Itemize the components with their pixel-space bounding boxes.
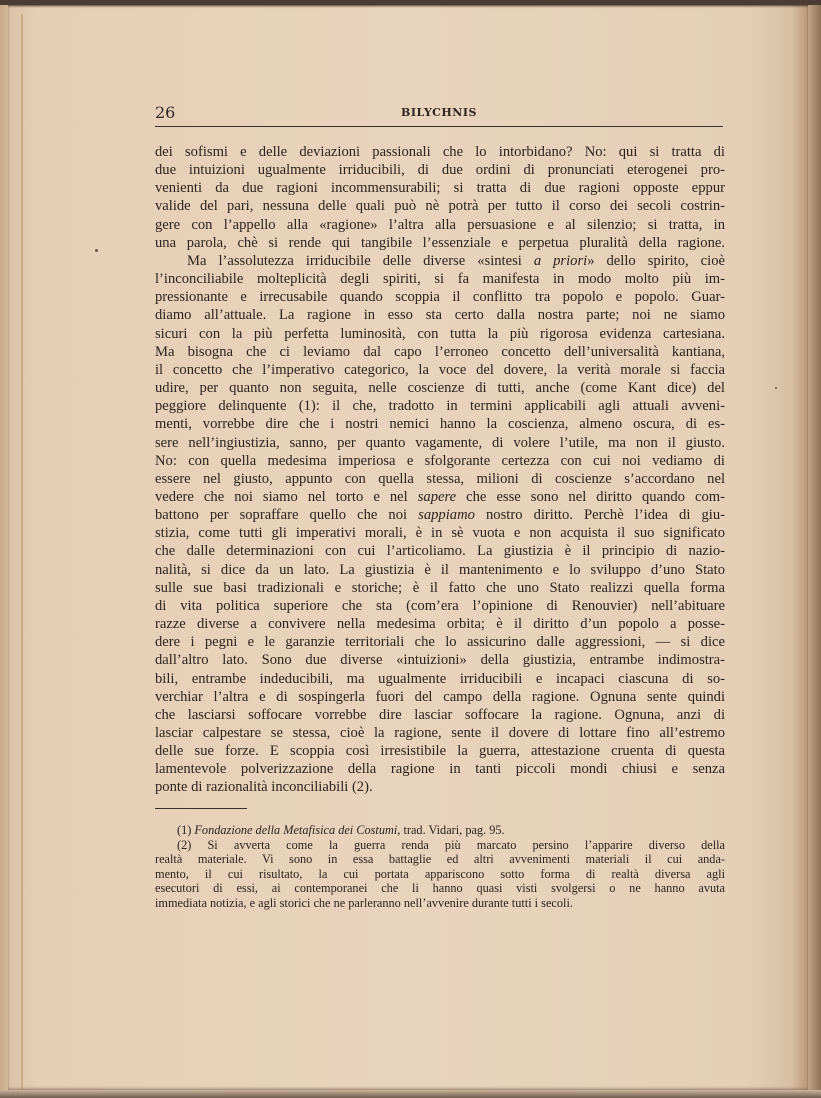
text-fragment: Ma l’assolutezza irriducibile delle dive… bbox=[187, 253, 725, 269]
text-line-with-italic: vedere che noi siamo nel torto e nel sap… bbox=[155, 488, 725, 506]
text-line: due intuizioni ugualmente irriducibili, … bbox=[155, 161, 725, 179]
footnote-2-line: esecutori di essi, ai contemporanei che … bbox=[155, 881, 725, 896]
text-line: dall’altro lato. Sono due diverse «intui… bbox=[155, 651, 725, 669]
footnote-1-title: Fondazione della Metafisica dei Costumi bbox=[194, 823, 397, 837]
text-line: pressionante e irrecusabile quando scopp… bbox=[155, 288, 725, 306]
text-line: essere nel giusto, appunto con quella st… bbox=[155, 470, 725, 488]
page-fold-crease bbox=[21, 14, 23, 1094]
footnote-2-line: mento, il cui risultato, la cui portata … bbox=[155, 867, 725, 882]
text-line: menti, vorrebbe dire che i nostri nemici… bbox=[155, 415, 725, 433]
bottom-page-edge bbox=[0, 1090, 821, 1098]
text-line: lasciar calpestare se stessa, cioè la ra… bbox=[155, 724, 725, 742]
text-line: diamo all’attuale. La ragione in esso st… bbox=[155, 306, 725, 324]
body-text: dei sofismi e delle deviazioni passional… bbox=[155, 143, 725, 797]
footnote-1: (1) Fondazione della Metafisica dei Cost… bbox=[155, 823, 725, 838]
footnote-2-line: realtà materiale. Vi sono in essa battag… bbox=[155, 852, 725, 867]
running-title: BILYCHNIS bbox=[155, 106, 723, 119]
text-line: nalità, si dice da un lato. La giustizia… bbox=[155, 561, 725, 579]
text-line: venienti da due ragioni incommensurabili… bbox=[155, 179, 725, 197]
header-rule bbox=[155, 126, 723, 127]
text-line-paragraph-start: Ma l’assolutezza irriducibile delle dive… bbox=[155, 252, 725, 270]
italic-sappiamo: sappiamo bbox=[418, 507, 475, 523]
text-line: che lasciarsi soffocare vorrebbe dire la… bbox=[155, 706, 725, 724]
right-page-edge bbox=[808, 0, 821, 1098]
text-line: che dalle determinazioni con cui l’artic… bbox=[155, 542, 725, 560]
text-line: dere i pegni e le garanzie territoriali … bbox=[155, 633, 725, 651]
text-line: peggiore delinquente (1): il che, tradot… bbox=[155, 397, 725, 415]
footnote-1-marker: (1) bbox=[177, 823, 191, 837]
running-header: 26 BILYCHNIS bbox=[155, 103, 723, 127]
text-line: sulle sue basi tradizionali e storiche; … bbox=[155, 579, 725, 597]
text-line: verchiar l’altra e di sospingerla fuori … bbox=[155, 688, 725, 706]
text-line: No: con quella medesima imperiosa e sfol… bbox=[155, 452, 725, 470]
text-line: bili, entrambe indeducibili, ma ugualmen… bbox=[155, 670, 725, 688]
text-line-with-italic: battono per sopraffare quello che noi sa… bbox=[155, 506, 725, 524]
text-line: una parola, chè si rende qui tangibile l… bbox=[155, 234, 725, 252]
text-line: sicuri con la più perfetta luminosità, c… bbox=[155, 325, 725, 343]
footnote-2-line: (2) Si avverta come la guerra renda più … bbox=[155, 838, 725, 853]
text-line: udire, per quanto non seguita, nelle cos… bbox=[155, 379, 725, 397]
text-line: gere con l’appello alla «ragione» l’altr… bbox=[155, 216, 725, 234]
text-line: valide del pari, nessuna delle quali può… bbox=[155, 197, 725, 215]
footnotes: (1) Fondazione della Metafisica dei Cost… bbox=[155, 823, 725, 911]
text-line: stizia, come tutti gli imperativi morali… bbox=[155, 524, 725, 542]
text-line: Ma bisogna che ci leviamo dal capo l’err… bbox=[155, 343, 725, 361]
top-page-edge bbox=[0, 0, 821, 5]
italic-a-priori: a priori bbox=[534, 253, 587, 269]
paper-speck bbox=[95, 249, 98, 252]
text-line: delle sue forze. E scoppia così irresist… bbox=[155, 742, 725, 760]
footnote-1-rest: , trad. Vidari, pag. 95. bbox=[397, 823, 504, 837]
text-line: dei sofismi e delle deviazioni passional… bbox=[155, 143, 725, 161]
footnote-rule bbox=[155, 808, 247, 809]
text-line: lamentevole polverizzazione della ragion… bbox=[155, 760, 725, 778]
footnote-2-line: immediata notizia, e agli storici che ne… bbox=[155, 896, 725, 911]
text-line: l’inconciliabile molteplicità degli spir… bbox=[155, 270, 725, 288]
text-line: il concetto che l’imperativo categorico,… bbox=[155, 361, 725, 379]
text-line: di vita politica superiore che sta (com’… bbox=[155, 597, 725, 615]
italic-sapere: sapere bbox=[418, 489, 456, 505]
text-line: razze diverse a convivere nella medesima… bbox=[155, 615, 725, 633]
paper-speck bbox=[775, 387, 777, 389]
text-line: sere nell’ingiustizia, sanno, per quanto… bbox=[155, 434, 725, 452]
text-line-last: ponte di razionalità inconciliabili (2). bbox=[155, 778, 725, 796]
